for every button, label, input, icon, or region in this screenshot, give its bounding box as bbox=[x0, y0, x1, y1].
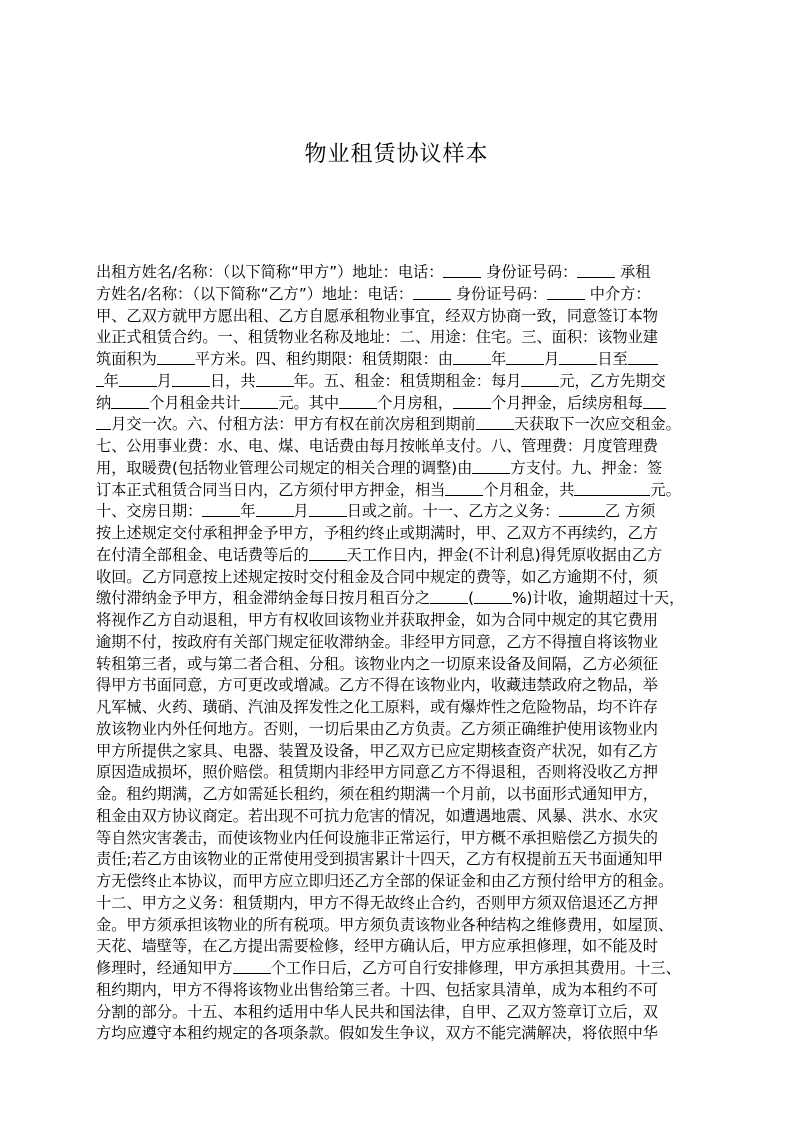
fill-in-blank bbox=[309, 546, 347, 561]
paragraph-line: 方均应遵守本租约规定的各项条款。假如发生争议，双方不能完满解决，将依照中华 bbox=[96, 1023, 708, 1045]
fill-in-blank bbox=[476, 415, 514, 430]
paragraph-line: 凡军械、火药、璜硝、汽油及挥发性之化工原料，或有爆炸性之危险物品，均不许存 bbox=[96, 697, 708, 719]
fill-in-blank bbox=[309, 502, 347, 517]
paragraph-line: 租约期内，甲方不得将该物业出售给第三者。十四、包括家具清单，成为本租约不可 bbox=[96, 980, 708, 1002]
paragraph-line: 筑面积为平方米。四、租约期限：租赁期限：由年月日至 bbox=[96, 349, 708, 371]
paragraph-line: 七、公用事业费：水、电、煤、电话费由每月按帐单支付。八、管理费：月度管理费 bbox=[96, 436, 708, 458]
fill-in-blank bbox=[445, 481, 483, 496]
paragraph-line: 十二、甲方之义务：租赁期内，甲方不得无故终止合约，否则甲方须双倍退还乙方押 bbox=[96, 893, 708, 915]
paragraph-line: 出租方姓名/名称：（以下简称“甲方”）地址：电话： 身份证号码： 承租 bbox=[96, 262, 708, 284]
paragraph-line: 逾期不付，按政府有关部门规定征收滞纳金。非经甲方同意，乙方不得擅自将该物业 bbox=[96, 632, 708, 654]
paragraph-line: 年月日，共年。五、租金：租赁期租金：每月元，乙方先期交 bbox=[96, 371, 708, 393]
fill-in-blank bbox=[574, 481, 650, 496]
paragraph-line: 甲、乙双方就甲方愿出租、乙方自愿承租物业事宜，经双方协商一致，同意签订本物 bbox=[96, 306, 708, 328]
paragraph-line: 放该物业内外任何地方。否则，一切后果由乙方负责。乙方须正确维护使用该物业内 bbox=[96, 719, 708, 741]
paragraph-line: 转租第三者，或与第二者合租、分租。该物业内之一切原来设备及间隔，乙方必须征 bbox=[96, 654, 708, 676]
paragraph-line: 纳个月租金共计元。其中个月房租，个月押金，后续房租每 bbox=[96, 393, 708, 415]
document-title: 物业租赁协议样本 bbox=[0, 137, 793, 168]
fill-in-blank bbox=[111, 394, 149, 409]
fill-in-blank bbox=[233, 959, 271, 974]
paragraph-line: 原因造成损坏，照价赔偿。租赁期内非经甲方同意乙方不得退租，否则将没收乙方押 bbox=[96, 762, 708, 784]
fill-in-blank bbox=[472, 459, 510, 474]
paragraph-line: 金。租约期满，乙方如需延长租约，须在租约期满一个月前，以书面形式通知甲方， bbox=[96, 784, 708, 806]
fill-in-blank bbox=[643, 394, 666, 409]
paragraph-line: 订本正式租赁合同当日内，乙方须付甲方押金，相当个月租金，共元。 bbox=[96, 480, 708, 502]
paragraph-line: 用，取暖费(包括物业管理公司规定的相关合理的调整)由方支付。九、押金：签 bbox=[96, 458, 708, 480]
paragraph-line: 得甲方书面同意，方可更改或增减。乙方不得在该物业内，收藏违禁政府之物品，举 bbox=[96, 675, 708, 697]
paragraph-line: 在付清全部租金、电话费等后的天工作日内，押金(不计利息)得凭原收据由乙方 bbox=[96, 545, 708, 567]
fill-in-blank bbox=[119, 372, 157, 387]
fill-in-blank bbox=[413, 285, 451, 300]
paragraph-line: 将视作乙方自动退租，甲方有权收回该物业并获取押金，如为合同中规定的其它费用 bbox=[96, 610, 708, 632]
fill-in-blank bbox=[256, 372, 294, 387]
paragraph-line: 甲方所提供之家具、电器、装置及设备，甲乙双方已应定期核查资产状况，如有乙方 bbox=[96, 741, 708, 763]
paragraph-line: 十、交房日期：年月日或之前。十一、乙方之义务：乙 方须 bbox=[96, 501, 708, 523]
document-body: 出租方姓名/名称：（以下简称“甲方”）地址：电话： 身份证号码： 承租方姓名/名… bbox=[96, 262, 708, 1045]
paragraph-line: 租金由双方协议商定。若出现不可抗力危害的情况，如遭遇地震、风暴、洪水、水灾 bbox=[96, 806, 708, 828]
paragraph-line: 方无偿终止本协议，而甲方应立即归还乙方全部的保证金和由乙方预付给甲方的租金。 bbox=[96, 871, 708, 893]
fill-in-blank bbox=[453, 350, 491, 365]
paragraph-line: 天花、墙壁等，在乙方提出需要检修，经甲方确认后，甲方应承担修理，如不能及时 bbox=[96, 936, 708, 958]
paragraph-line: 等自然灾害袭击，而使该物业内任何设施非正常运行，甲方概不承担赔偿乙方损失的 bbox=[96, 828, 708, 850]
paragraph-line: 金。甲方须承担该物业的所有税项。甲方须负责该物业各种结构之维修费用，如屋顶、 bbox=[96, 915, 708, 937]
fill-in-blank bbox=[628, 350, 658, 365]
fill-in-blank bbox=[430, 589, 468, 604]
fill-in-blank bbox=[202, 502, 240, 517]
paragraph-line: 修理时，经通知甲方个工作日后，乙方可自行安排修理，甲方承担其费用。十三、 bbox=[96, 958, 708, 980]
fill-in-blank bbox=[559, 350, 597, 365]
fill-in-blank bbox=[256, 502, 294, 517]
paragraph-line: 按上述规定交付承租押金予甲方，予租约终止或期满时，甲、乙双方不再续约，乙方 bbox=[96, 523, 708, 545]
fill-in-blank bbox=[339, 394, 377, 409]
fill-in-blank bbox=[96, 415, 111, 430]
fill-in-blank bbox=[506, 350, 544, 365]
paragraph-line: 缴付滞纳金予甲方，租金滞纳金每日按月租百分之(%)计收，逾期超过十天， bbox=[96, 588, 708, 610]
paragraph-line: 分割的部分。十五、本租约适用中华人民共和国法律，自甲、乙双方签章订立后，双 bbox=[96, 1002, 708, 1024]
paragraph-line: 收回。乙方同意按上述规定按时交付租金及合同中规定的费等，如乙方逾期不付，须 bbox=[96, 567, 708, 589]
paragraph-line: 方姓名/名称：（以下简称“乙方”）地址：电话： 身份证号码： 中介方： bbox=[96, 284, 708, 306]
paragraph-line: 月交一次。六、付租方法：甲方有权在前次房租到期前天获取下一次应交租金。 bbox=[96, 414, 708, 436]
fill-in-blank bbox=[443, 263, 481, 278]
fill-in-blank bbox=[172, 372, 210, 387]
fill-in-blank bbox=[577, 263, 615, 278]
fill-in-blank bbox=[240, 394, 278, 409]
fill-in-blank bbox=[521, 372, 559, 387]
fill-in-blank bbox=[559, 502, 605, 517]
paragraph-line: 责任;若乙方由该物业的正常使用受到损害累计十四天，乙方有权提前五天书面通知甲 bbox=[96, 849, 708, 871]
paragraph-line: 业正式租赁合约。一、租赁物业名称及地址：二、用途：住宅。三、面积：该物业建 bbox=[96, 327, 708, 349]
fill-in-blank bbox=[547, 285, 585, 300]
fill-in-blank bbox=[474, 589, 512, 604]
fill-in-blank bbox=[453, 394, 491, 409]
fill-in-blank bbox=[96, 372, 104, 387]
fill-in-blank bbox=[157, 350, 195, 365]
